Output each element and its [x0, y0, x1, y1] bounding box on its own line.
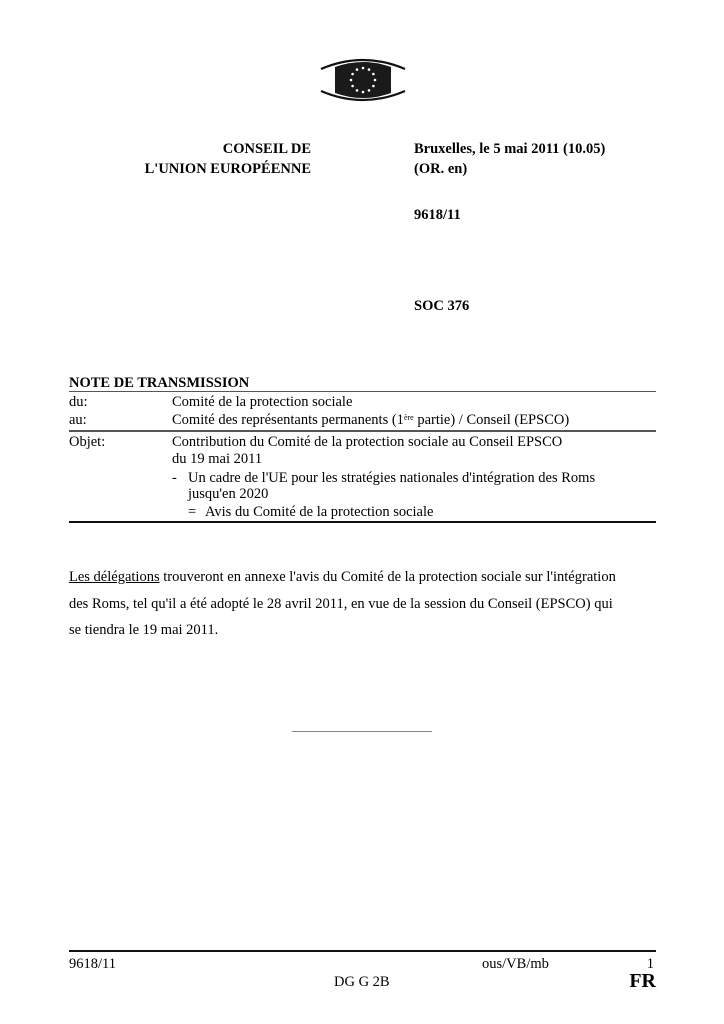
row-to-text: Comité des représentants permanents (1	[172, 412, 404, 428]
eu-council-logo	[319, 55, 407, 105]
end-divider	[292, 731, 432, 732]
row-to-value: Comité des représentants permanents (1èr…	[172, 411, 569, 429]
doc-code: SOC 376	[414, 296, 469, 316]
row-to-text-rest: partie) / Conseil (EPSCO)	[414, 412, 569, 428]
footer-divider	[69, 950, 656, 952]
row-subject-label: Objet:	[69, 433, 105, 451]
row-from-label: du:	[69, 393, 88, 411]
row-to: au: Comité des représentants permanents …	[69, 411, 656, 429]
footer-department: DG G 2B	[334, 973, 390, 991]
institution-name: CONSEIL DE L'UNION EUROPÉENNE	[145, 139, 311, 179]
body-line1: Les délégations trouveront en annexe l'a…	[69, 564, 659, 591]
doc-number: 9618/11	[414, 205, 461, 225]
place-date: Bruxelles, le 5 mai 2011 (10.05)	[414, 139, 605, 159]
subject-item-dash: -	[172, 469, 177, 487]
body-paragraph: Les délégations trouveront en annexe l'a…	[69, 564, 659, 644]
subject-sub-item: Avis du Comité de la protection sociale	[205, 503, 433, 521]
eu-council-eye-logo-icon	[319, 55, 407, 105]
place-date-block: Bruxelles, le 5 mai 2011 (10.05) (OR. en…	[414, 139, 605, 179]
superscript: ère	[404, 413, 414, 422]
body-line3: se tiendra le 19 mai 2011.	[69, 617, 659, 644]
footer-doc-number: 9618/11	[69, 955, 116, 973]
subject-line1: Contribution du Comité de la protection …	[172, 433, 562, 451]
underlined-text: Les délégations	[69, 569, 160, 585]
divider	[69, 521, 656, 523]
row-from: du: Comité de la protection sociale	[69, 393, 656, 411]
body-line2: des Roms, tel qu'il a été adopté le 28 a…	[69, 591, 659, 618]
note-title: NOTE DE TRANSMISSION	[69, 374, 249, 392]
row-from-value: Comité de la protection sociale	[172, 393, 352, 411]
divider	[69, 430, 656, 432]
institution-line1: CONSEIL DE	[145, 139, 311, 159]
subject-sub-marker: =	[188, 503, 196, 521]
original-language: (OR. en)	[414, 159, 605, 179]
body-line1-rest: trouveront en annexe l'avis du Comité de…	[160, 569, 616, 585]
footer-initials: ous/VB/mb	[482, 955, 549, 973]
subject-line2: du 19 mai 2011	[172, 450, 262, 468]
divider	[69, 391, 656, 392]
footer-language: FR	[629, 969, 656, 993]
row-to-label: au:	[69, 411, 87, 429]
row-subject: Objet: Contribution du Comité de la prot…	[69, 433, 656, 523]
subject-item-line2: jusqu'en 2020	[188, 485, 268, 503]
institution-line2: L'UNION EUROPÉENNE	[145, 159, 311, 179]
